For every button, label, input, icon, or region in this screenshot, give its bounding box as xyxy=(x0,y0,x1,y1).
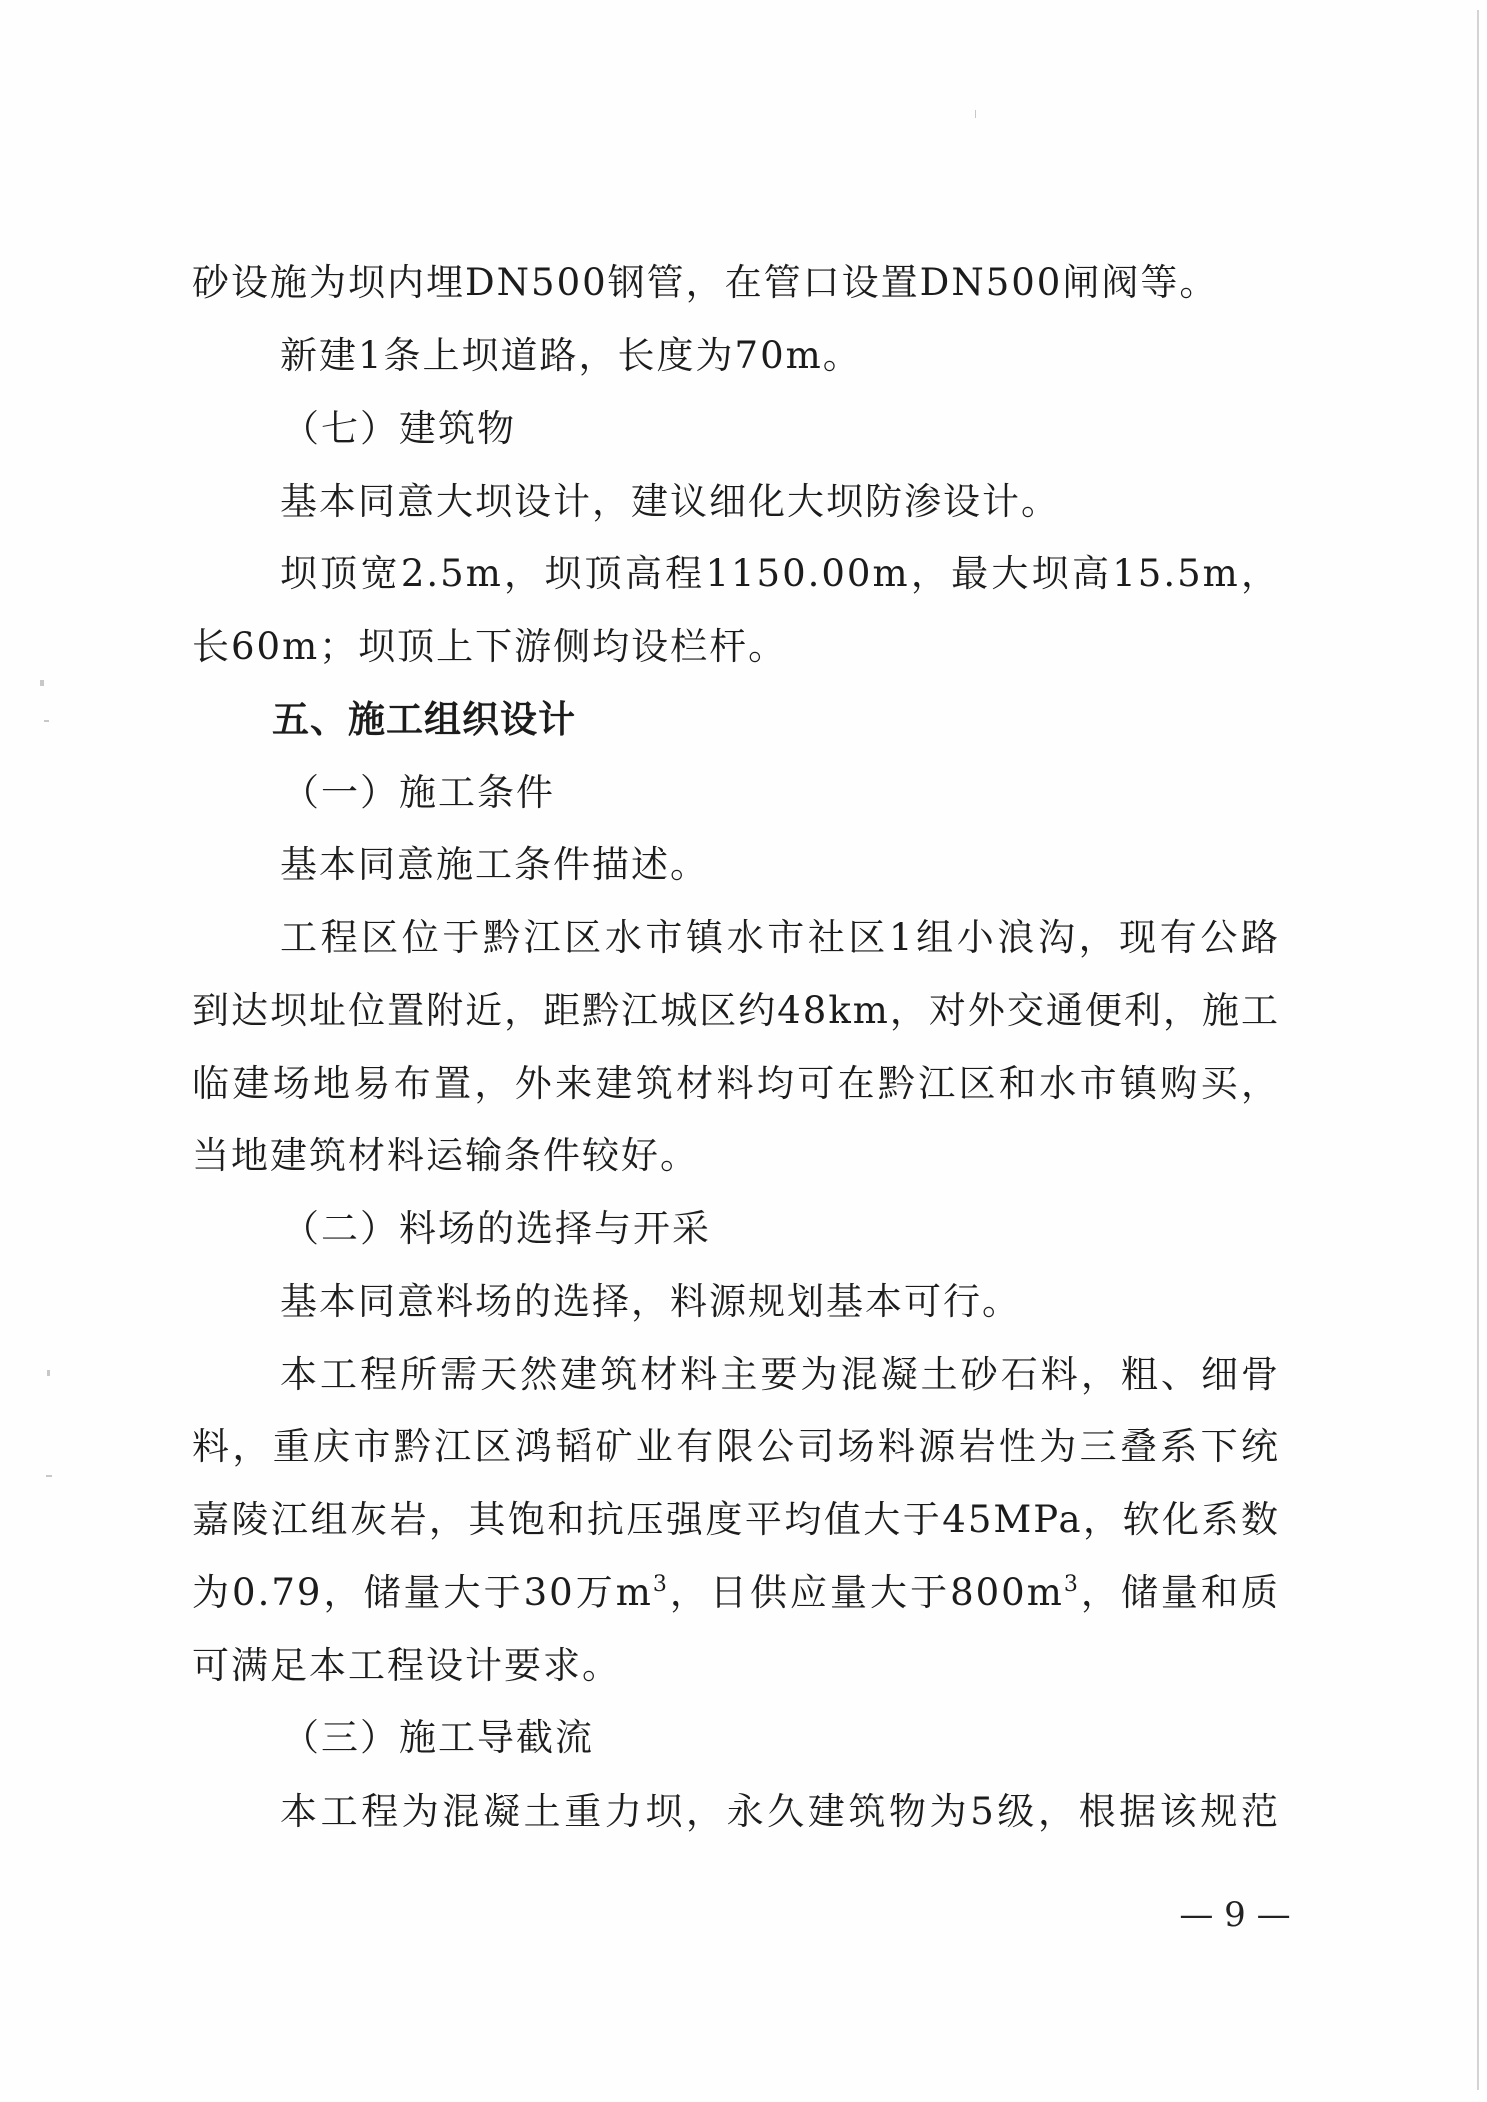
paragraph-line: 嘉陵江组灰岩，其饱和抗压强度平均值大于45MPa，软化系数 xyxy=(192,1497,1280,1543)
section-subheading: （二）料场的选择与开采 xyxy=(282,1206,1370,1252)
paragraph-line: 可满足本工程设计要求。 xyxy=(192,1643,1280,1689)
paragraph-line: 本工程所需天然建筑材料主要为混凝土砂石料，粗、细骨 xyxy=(280,1352,1280,1398)
scan-edge-line xyxy=(1477,10,1479,2090)
scan-speck xyxy=(46,1475,52,1477)
paragraph-line: 到达坝址位置附近，距黔江城区约48km，对外交通便利，施工 xyxy=(192,988,1280,1034)
paragraph-line: 当地建筑材料运输条件较好。 xyxy=(192,1133,1280,1179)
paragraph-line: 新建1条上坝道路，长度为70m。 xyxy=(280,333,1280,379)
scan-speck xyxy=(40,680,44,686)
document-page: 砂设施为坝内埋DN500钢管，在管口设置DN500闸阀等。 新建1条上坝道路，长… xyxy=(0,0,1487,2102)
paragraph-line: 基本同意施工条件描述。 xyxy=(280,842,1280,888)
scan-speck xyxy=(47,1370,50,1376)
section-heading: 五、施工组织设计 xyxy=(272,697,1360,743)
paragraph-line: 临建场地易布置，外来建筑材料均可在黔江区和水市镇购买， xyxy=(192,1061,1280,1107)
paragraph-line: 坝顶宽2.5m，坝顶高程1150.00m，最大坝高15.5m，坝轴线 xyxy=(280,551,1280,597)
scan-speck xyxy=(975,110,976,118)
section-subheading: （七）建筑物 xyxy=(282,406,1370,452)
line-part: 为0.79，储量大于30万m xyxy=(192,1571,653,1614)
line-part: ，日供应量大于800m xyxy=(669,1571,1064,1614)
paragraph-line: 工程区位于黔江区水市镇水市社区1组小浪沟，现有公路可 xyxy=(280,915,1280,961)
paragraph-line: 料，重庆市黔江区鸿韬矿业有限公司场料源岩性为三叠系下统 xyxy=(192,1424,1280,1470)
scan-speck xyxy=(44,720,49,722)
section-subheading: （一）施工条件 xyxy=(282,770,1370,816)
page-number: — 9 — xyxy=(1130,1893,1340,1937)
superscript: 3 xyxy=(653,1572,669,1597)
paragraph-line: 本工程为混凝土重力坝，永久建筑物为5级，根据该规范确 xyxy=(280,1789,1280,1835)
section-subheading: （三）施工导截流 xyxy=(282,1715,1370,1761)
paragraph-line: 基本同意大坝设计，建议细化大坝防渗设计。 xyxy=(280,479,1280,525)
paragraph-line: 基本同意料场的选择，料源规划基本可行。 xyxy=(280,1279,1280,1325)
paragraph-line: 为0.79，储量大于30万m3，日供应量大于800m3，储量和质量均 xyxy=(192,1570,1280,1616)
paragraph-line: 砂设施为坝内埋DN500钢管，在管口设置DN500闸阀等。 xyxy=(192,260,1280,306)
paragraph-line: 长60m；坝顶上下游侧均设栏杆。 xyxy=(192,624,1280,670)
superscript: 3 xyxy=(1064,1572,1080,1597)
